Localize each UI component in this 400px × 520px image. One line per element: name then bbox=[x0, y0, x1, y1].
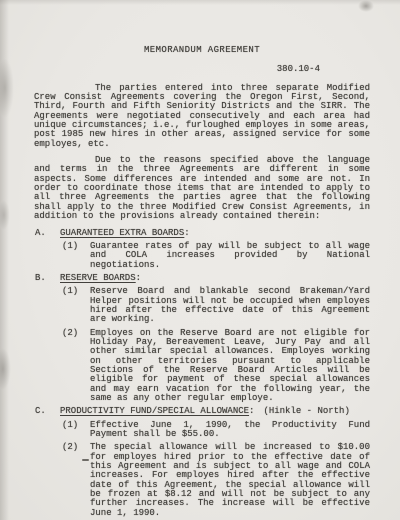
section-title-b: RESERVE BOARDS bbox=[60, 273, 136, 283]
list-item-number: (1) bbox=[62, 287, 78, 296]
list-item-c2: (2) The special allowance will be increa… bbox=[34, 443, 370, 518]
section-letter-a: A. bbox=[35, 229, 46, 238]
list-item-text: Reserve Board and blankable second Brake… bbox=[90, 287, 370, 324]
list-item-number: (2) bbox=[62, 329, 78, 338]
list-item-number: (1) bbox=[62, 421, 78, 430]
list-item-a1: (1) Guarantee rates of pay will be subje… bbox=[34, 242, 370, 270]
list-item-text: Guarantee rates of pay will be subject t… bbox=[90, 242, 370, 270]
section-letter-b: B. bbox=[35, 274, 46, 283]
list-item-b2: (2) Employes on the Reserve Board are no… bbox=[34, 329, 370, 404]
section-title-b-colon: : bbox=[136, 273, 141, 283]
section-title-a-colon: : bbox=[184, 228, 189, 238]
section-heading-a: A. GUARANTEED EXTRA BOARDS: bbox=[34, 229, 370, 238]
scan-edge-shadow-left bbox=[0, 0, 9, 520]
section-heading-c: C. PRODUCTIVITY FUND/SPECIAL ALLOWANCE:(… bbox=[34, 407, 370, 416]
section-title-c-colon: : bbox=[249, 406, 254, 416]
list-item-b1: (1) Reserve Board and blankable second B… bbox=[34, 287, 370, 324]
document-content: MEMORANDUM AGREEMENT 380.10-4 The partie… bbox=[34, 46, 370, 520]
paragraph-coordination: Due to the reasons specified above the l… bbox=[34, 156, 370, 221]
list-item-text: The special allowance will be increased … bbox=[90, 443, 370, 518]
scan-edge-shadow-top bbox=[0, 0, 400, 5]
document-title: MEMORANDUM AGREEMENT bbox=[34, 46, 370, 55]
section-reserve-boards: B. RESERVE BOARDS: (1) Reserve Board and… bbox=[34, 274, 370, 403]
list-item-c1: (1) Effective June 1, 1990, the Producti… bbox=[34, 421, 370, 440]
section-title-c: PRODUCTIVITY FUND/SPECIAL ALLOWANCE bbox=[60, 406, 249, 416]
section-guaranteed-extra-boards: A. GUARANTEED EXTRA BOARDS: (1) Guarante… bbox=[34, 229, 370, 270]
section-productivity-fund: C. PRODUCTIVITY FUND/SPECIAL ALLOWANCE:(… bbox=[34, 407, 370, 518]
document-number: 380.10-4 bbox=[34, 65, 370, 74]
list-item-text: Employes on the Reserve Board are not el… bbox=[90, 329, 370, 404]
paragraph-intro: The parties entered into three separate … bbox=[34, 84, 370, 149]
list-item-number: (1) bbox=[62, 242, 78, 251]
section-letter-c: C. bbox=[35, 407, 46, 416]
section-title-a: GUARANTEED EXTRA BOARDS bbox=[60, 228, 184, 238]
section-heading-b: B. RESERVE BOARDS: bbox=[34, 274, 370, 283]
list-item-text: Effective June 1, 1990, the Productivity… bbox=[90, 421, 370, 440]
section-note-hinkle-north: (Hinkle - North) bbox=[263, 406, 349, 416]
list-item-number: (2) bbox=[62, 443, 78, 452]
scanned-document-page: MEMORANDUM AGREEMENT 380.10-4 The partie… bbox=[0, 0, 400, 520]
